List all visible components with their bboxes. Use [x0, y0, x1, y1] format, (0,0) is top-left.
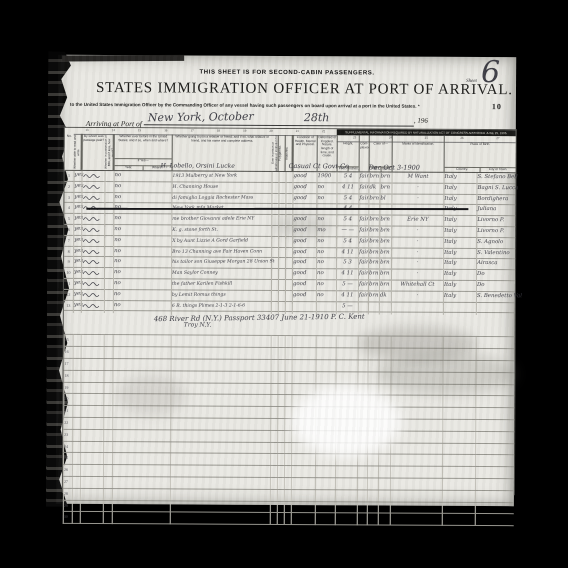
- empty-row-number: 29: [64, 502, 68, 507]
- header-no: No.: [65, 134, 74, 170]
- empty-row-number: 15: [65, 337, 69, 342]
- empty-row-number: 26: [64, 467, 68, 472]
- annotation-line2: Troy N.Y.: [184, 322, 212, 329]
- empty-row-number: 19: [64, 384, 68, 389]
- empty-row-number: 20: [64, 396, 68, 401]
- header-ever-before-label: Whether ever before in the United States…: [118, 134, 168, 142]
- header-height-label: Height.: [343, 141, 353, 145]
- manifest-sheet: THIS SHEET IS FOR SECOND-CABIN PASSENGER…: [56, 55, 516, 506]
- page-title: STATES IMMIGRATION OFFICER AT PORT OF AR…: [96, 80, 476, 99]
- header-birth-label: Place of Birth.: [470, 142, 490, 146]
- header-read-write: Whether able to read and write.: [74, 134, 82, 170]
- second-cabin-banner: THIS SHEET IS FOR SECOND-CABIN PASSENGER…: [58, 69, 516, 77]
- empty-row-number: 17: [65, 361, 69, 366]
- empty-row-number: 21: [64, 408, 68, 413]
- scan-background: THIS SHEET IS FOR SECOND-CABIN PASSENGER…: [0, 0, 568, 568]
- empty-row-number: 16: [65, 349, 69, 354]
- empty-row-number: 27: [64, 479, 68, 484]
- header-year: Year.: [115, 166, 143, 170]
- page-stamp: 10: [492, 102, 502, 111]
- handwriting-scribble: [82, 259, 102, 265]
- year-printed: , 196: [414, 117, 428, 125]
- empty-row-number: 22: [64, 420, 68, 425]
- handwriting-scribble: [83, 173, 103, 179]
- arrival-underline: [144, 124, 414, 126]
- handwriting-scribble: [82, 292, 102, 298]
- empty-table-row: 30: [63, 512, 514, 526]
- empty-row-number: 28: [64, 491, 68, 496]
- rows-container: 1 yes no 1913 Mulberry st New York g: [64, 171, 516, 314]
- handwriting-scribble: [82, 184, 102, 190]
- empty-row-number: 30: [64, 514, 68, 519]
- header-passage-paid: By whom was passage paid?: [82, 134, 105, 170]
- empty-row-number: 25: [64, 455, 68, 460]
- sheet-label: Sheet: [466, 79, 477, 84]
- row-strikethrough: [86, 208, 468, 210]
- carryover-date: Dec Oct 3-1900: [369, 163, 420, 171]
- carryover-join: H. Lobello, Orsini Lucke: [161, 162, 235, 169]
- passenger-rows: H. Lobello, Orsini Lucke Casual Ct Govt …: [64, 171, 516, 314]
- sheet-number: 6: [481, 55, 500, 90]
- manifest-table: 13141516171819202122 SUPPLEMENTAL INFORM…: [62, 127, 517, 495]
- empty-row-number: 18: [64, 373, 68, 378]
- handwriting-scribble: [82, 302, 102, 308]
- carryover-mid: Casual Ct Govt Co: [289, 162, 349, 170]
- header-color-of-label: Color of—: [374, 141, 388, 145]
- day-handwritten: 28th: [304, 111, 330, 124]
- header-money: Whether in possession of $50, and if les…: [105, 134, 114, 170]
- empty-rows-container: 15 16 17 18: [63, 335, 515, 526]
- previous-sheet-edge: [62, 55, 184, 62]
- handwriting-scribble: [82, 227, 102, 233]
- handwriting-scribble: [82, 216, 102, 222]
- handwriting-scribble: [82, 249, 102, 255]
- handwriting-scribble: [82, 195, 102, 201]
- handwriting-scribble: [82, 238, 102, 244]
- handwriting-scribble: [82, 281, 102, 287]
- annotation-zone: 468 River Rd (N.Y.) Passport 33407 June …: [64, 311, 515, 337]
- empty-rows-section: 15 16 17 18: [63, 335, 515, 526]
- sheet-number-block: Sheet 6: [466, 59, 500, 87]
- handwriting-scribble: [82, 270, 102, 276]
- oath-line: to the United States Immigration Officer…: [70, 102, 482, 109]
- port-handwritten: New York, October: [148, 110, 254, 124]
- empty-row-number: 23: [64, 432, 68, 437]
- empty-row-number: 24: [64, 443, 68, 448]
